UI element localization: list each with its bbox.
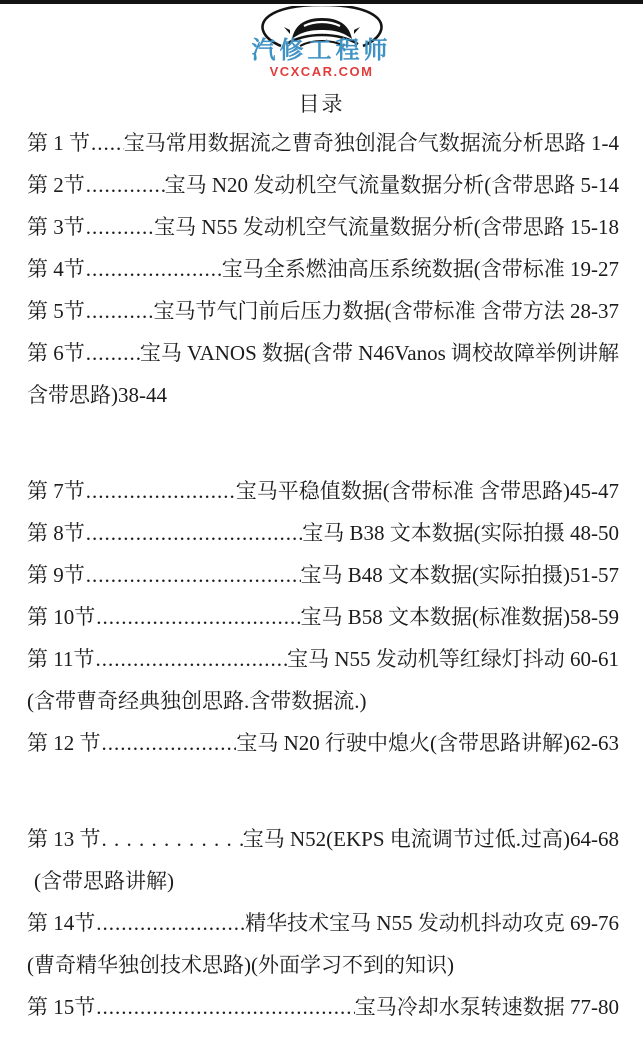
toc-entry-title: 宝马 VANOS 数据(含带 N46Vanos 调校故障举例讲解 <box>140 332 619 374</box>
page-title: 目录 <box>0 88 643 118</box>
toc-entry-label: 第 5节 <box>27 290 85 332</box>
toc-entry-title: 宝马 N52(EKPS 电流调节过低.过高)64-68 <box>243 818 619 860</box>
toc-entry: 第 8节 ...................................… <box>27 512 619 554</box>
toc-entry: 第 5节 ...................................… <box>27 290 619 332</box>
toc-entry: 第 1 节 ..................................… <box>27 122 619 164</box>
toc-entry-title: 宝马 N55 发动机等红绿灯抖动 60-61 <box>287 638 619 680</box>
toc-entry: 第 15节 ..................................… <box>27 986 619 1028</box>
toc-entry-title: 宝马 N20 行驶中熄火(含带思路讲解)62-63 <box>236 722 619 764</box>
toc-entry-leader: ........................................… <box>85 206 154 248</box>
toc-entry: 第 4节 ...................................… <box>27 248 619 290</box>
toc-entry-title: 宝马平稳值数据(含带标准 含带思路)45-47 <box>236 470 619 512</box>
toc-entry: 第 6节 ...................................… <box>27 332 619 374</box>
toc-entry-leader: ........................................… <box>94 638 287 680</box>
toc-entry-title: 精华技术宝马 N55 发动机抖动攻克 69-76 <box>245 902 619 944</box>
toc-entry-label: 第 12 节 <box>27 722 101 764</box>
toc-entry: 第 3节 ...................................… <box>27 206 619 248</box>
toc-entry-leader: ........................................… <box>85 554 301 596</box>
toc-entry-continuation: 含带思路)38-44 <box>27 374 619 416</box>
toc-entry-label: 第 9节 <box>27 554 85 596</box>
toc-entry-label: 第 6节 <box>27 332 85 374</box>
toc-entry-label: 第 3节 <box>27 206 85 248</box>
toc-entry-label: 第 4节 <box>27 248 85 290</box>
toc-entry-label: 第 8节 <box>27 512 85 554</box>
toc-entry-label: 第 2节 <box>27 164 85 206</box>
toc-entry-title: 宝马 B38 文本数据(实际拍摄 48-50 <box>302 512 619 554</box>
toc-entry-title: 宝马 B48 文本数据(实际拍摄)51-57 <box>301 554 620 596</box>
toc-entry-title: 宝马 N20 发动机空气流量数据分析(含带思路 5-14 <box>165 164 619 206</box>
toc-entry-title: 宝马 B58 文本数据(标准数据)58-59 <box>301 596 620 638</box>
toc-entry: 第 12 节 .................................… <box>27 722 619 764</box>
toc-entry: 第 14节 ..................................… <box>27 902 619 944</box>
page-top-border <box>0 0 643 4</box>
toc-entry-label: 第 14节 <box>27 902 95 944</box>
toc-entry-label: 第 13 节 <box>27 818 101 860</box>
toc-entry-leader: ........................................… <box>85 332 140 374</box>
toc-entry-leader: ........................................… <box>85 470 236 512</box>
toc-entry: 第 2节 ...................................… <box>27 164 619 206</box>
toc-entry: 第 11节 ..................................… <box>27 638 619 680</box>
brand-domain: VCXCAR.COM <box>0 65 643 78</box>
toc-entry-leader: ........................................… <box>95 986 355 1028</box>
toc-entry-continuation: (含带思路讲解) <box>27 860 619 902</box>
toc-entry-title: 宝马 N55 发动机空气流量数据分析(含带思路 15-18 <box>154 206 619 248</box>
toc-entry-continuation: (含带曹奇经典独创思路.含带数据流.) <box>27 680 619 722</box>
toc-entry: 第 10节 ..................................… <box>27 596 619 638</box>
toc-entry-leader: ........................................… <box>85 164 165 206</box>
toc-entry-continuation: (曹奇精华独创技术思路)(外面学习不到的知识) <box>27 944 619 986</box>
toc-entry-label: 第 10节 <box>27 596 95 638</box>
toc-entry-leader: ........................................… <box>101 722 237 764</box>
brand-name: 汽修工程师 <box>0 39 643 63</box>
toc-entry-leader: . . . . . . . . . . . . . . . . . . . . … <box>101 818 243 860</box>
toc-list: 第 1 节 ..................................… <box>0 122 643 1028</box>
toc-entry-title: 宝马节气门前后压力数据(含带标准 含带方法 28-37 <box>154 290 620 332</box>
brand-logo: 汽修工程师 VCXCAR.COM <box>0 6 643 78</box>
toc-entry-label: 第 11节 <box>27 638 94 680</box>
toc-entry-leader: ........................................… <box>95 596 300 638</box>
toc-entry-label: 第 7节 <box>27 470 85 512</box>
toc-entry-leader: ........................................… <box>85 290 154 332</box>
toc-entry-label: 第 1 节 <box>27 122 90 164</box>
toc-entry: 第 13 节 . . . . . . . . . . . . . . . . .… <box>27 818 619 860</box>
toc-entry-leader: ........................................… <box>85 512 303 554</box>
toc-entry-leader: ........................................… <box>90 122 124 164</box>
toc-entry-title: 宝马全系燃油高压系统数据(含带标准 19-27 <box>222 248 619 290</box>
toc-entry-title: 宝马冷却水泵转速数据 77-80 <box>355 986 619 1028</box>
toc-entry: 第 9节 ...................................… <box>27 554 619 596</box>
toc-entry-label: 第 15节 <box>27 986 95 1028</box>
toc-entry: 第 7节 ...................................… <box>27 470 619 512</box>
toc-entry-title: 宝马常用数据流之曹奇独创混合气数据流分析思路 1-4 <box>124 122 619 164</box>
toc-entry-leader: ........................................… <box>95 902 245 944</box>
toc-entry-leader: ........................................… <box>85 248 222 290</box>
